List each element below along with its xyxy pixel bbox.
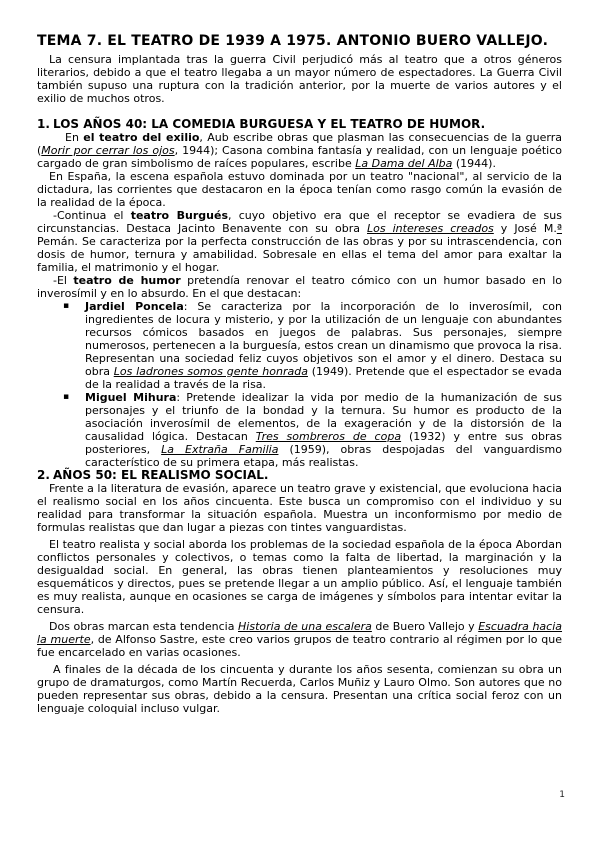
bold-term: Miguel Mihura xyxy=(85,391,176,404)
bold-term: teatro de humor xyxy=(73,274,180,287)
work-title: La Extraña Familia xyxy=(161,443,278,456)
bullet-list: ▪Jardiel Poncela: Se caracteriza por la … xyxy=(37,300,562,469)
heading-number: 1. xyxy=(37,118,53,131)
section-heading: 2.AÑOS 50: EL REALISMO SOCIAL. xyxy=(37,469,562,482)
bold-term: teatro Burgués xyxy=(131,209,228,222)
bullet-square-icon: ▪ xyxy=(63,300,69,313)
heading-text: AÑOS 50: EL REALISMO SOCIAL. xyxy=(53,468,268,482)
bullet-item: ▪Miguel Mihura: Pretende idealizar la vi… xyxy=(85,391,562,469)
paragraph: La censura implantada tras la guerra Civ… xyxy=(37,53,562,105)
work-title: La Dama del Alba xyxy=(355,157,452,170)
bold-term: el teatro del exilio xyxy=(83,131,199,144)
paragraph: A finales de la década de los cincuenta … xyxy=(37,663,562,715)
heading-text: LOS AÑOS 40: LA COMEDIA BURGUESA Y EL TE… xyxy=(53,117,485,131)
page-content: La censura implantada tras la guerra Civ… xyxy=(37,53,562,715)
text-run: , de Alfonso Sastre, este creo varios gr… xyxy=(37,633,562,659)
heading-number: 2. xyxy=(37,469,53,482)
text-run: A finales de la década de los cincuenta … xyxy=(37,663,562,715)
text-run: (1944). xyxy=(452,157,496,170)
work-title: Morir por cerrar los ojos xyxy=(41,144,174,157)
text-run: La censura implantada tras la guerra Civ… xyxy=(37,53,562,105)
bullet-square-icon: ▪ xyxy=(63,391,69,404)
text-run: Frente a la literatura de evasión, apare… xyxy=(37,482,562,534)
underlined-text: ª xyxy=(557,222,562,235)
document-page: TEMA 7. EL TEATRO DE 1939 A 1975. ANTONI… xyxy=(0,0,599,848)
paragraph: El teatro realista y social aborda los p… xyxy=(37,538,562,616)
work-title: Historia de una escalera xyxy=(238,620,372,633)
document-title: TEMA 7. EL TEATRO DE 1939 A 1975. ANTONI… xyxy=(37,33,562,50)
text-run: En España, la escena española estuvo dom… xyxy=(37,170,562,209)
text-run: Dos obras marcan esta tendencia xyxy=(49,620,238,633)
page-number: 1 xyxy=(559,790,565,800)
paragraph: Dos obras marcan esta tendencia Historia… xyxy=(37,620,562,659)
work-title: Los ladrones somos gente honrada xyxy=(114,365,308,378)
bullet-item: ▪Jardiel Poncela: Se caracteriza por la … xyxy=(85,300,562,391)
paragraph: -Continua el teatro Burgués, cuyo objeti… xyxy=(37,209,562,274)
text-run: de Buero Vallejo y xyxy=(372,620,478,633)
text-run: En xyxy=(65,131,83,144)
text-run: Pemán. Se caracteriza por la perfecta co… xyxy=(37,235,562,274)
paragraph: En el teatro del exilio, Aub escribe obr… xyxy=(37,131,562,170)
paragraph: En España, la escena española estuvo dom… xyxy=(37,170,562,209)
paragraph: Frente a la literatura de evasión, apare… xyxy=(37,482,562,534)
text-run: y José M. xyxy=(494,222,557,235)
text-run: -El xyxy=(53,274,73,287)
work-title: Tres sombreros de copa xyxy=(256,430,401,443)
bold-term: Jardiel Poncela xyxy=(85,300,184,313)
paragraph: -El teatro de humor pretendía renovar el… xyxy=(37,274,562,300)
text-run: -Continua el xyxy=(53,209,131,222)
work-title: Los intereses creados xyxy=(367,222,494,235)
text-run: El teatro realista y social aborda los p… xyxy=(37,538,562,616)
section-heading: 1.LOS AÑOS 40: LA COMEDIA BURGUESA Y EL … xyxy=(37,118,562,131)
